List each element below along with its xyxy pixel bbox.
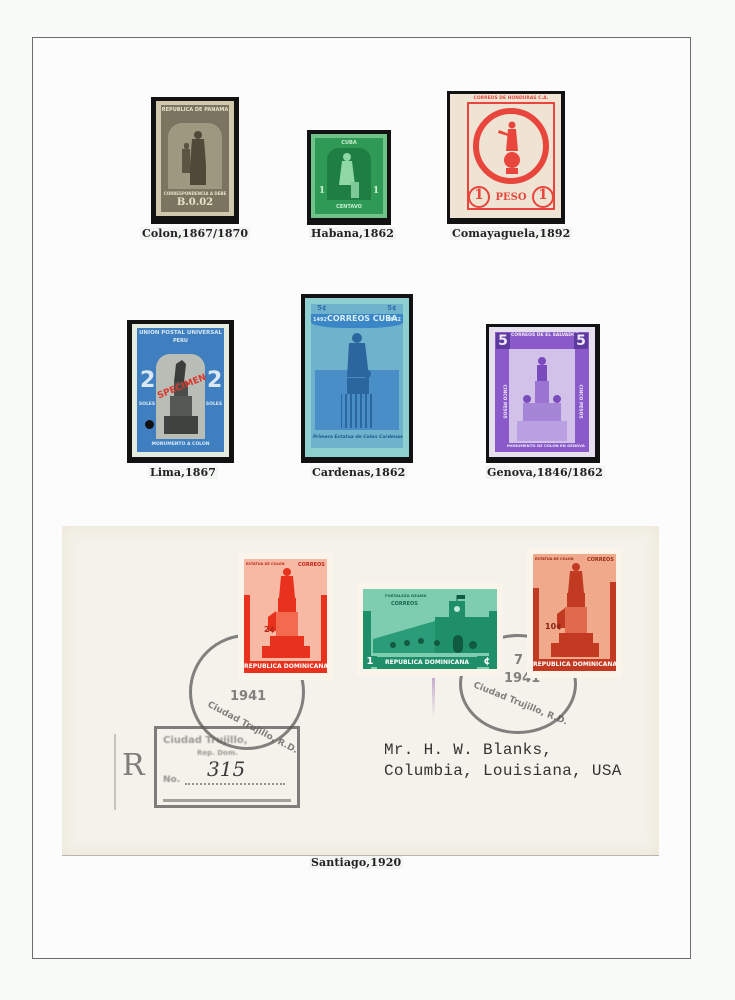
stamp-genova-value-left: 5 [496,333,510,349]
registration-dotted-line [185,783,285,785]
stamp-habana-country: CUBA [315,140,383,146]
cover-stamp-1c-value: 1 [363,656,377,667]
address-line-1: Mr. H. W. Blanks, [384,740,622,761]
cover-stamp-1c[interactable]: FORTALEZA OZAMA CORREOS 1 REPUBLICA DOMI… [357,583,503,676]
fortress-building-icon [373,595,489,655]
caption-colon: Colon,1867/1870 [140,227,250,240]
stamp-comayaguela-country: CORREOS DE HONDURAS C.A. [467,96,555,101]
stamp-comayaguela-subtext: PESO [490,192,532,203]
stamp-comayaguela-value-left: 1 [468,187,490,203]
stamp-comayaguela-value-right: 1 [532,187,554,203]
punch-hole [145,420,154,429]
stamp-genova-subtext-right: CINCO PESOS [578,385,583,407]
postmark-right-ring-text: Ciudad Trujillo, R.D. [472,681,569,728]
stamp-lima-subtext-right: SOLES [205,402,223,407]
stamp-lima-country: UNION POSTAL UNIVERSAL [137,330,224,336]
cover-stamp-10c-title: ESTATUA DE COLON [535,557,574,561]
stamp-panama-country: REPUBLICA DE PANAMA [161,107,229,113]
caption-genova: Genova,1846/1862 [485,466,605,479]
stamp-genova-country: CORREOS DE EL SALVADOR [511,333,573,338]
postmark-left-year: 1941 [230,689,266,704]
stamp-cardenas-value-right: 5¢ [383,304,401,312]
stamp-lima-subcountry: PERU [137,338,224,344]
cover-stamp-2c-title: ESTATUA DE COLON [246,562,285,566]
caption-santiago: Santiago,1920 [309,856,403,869]
cover-stamp-2c-country: REPUBLICA DOMINICANA [244,661,327,673]
caption-cardenas: Cardenas,1862 [310,466,407,479]
registration-line2: Rep. Dom. [197,749,238,757]
columbus-monument-icon [549,562,601,658]
cover-stamp-2c-value: 2¢ [264,625,275,634]
stamp-lima[interactable]: UNION POSTAL UNIVERSAL PERU 2 2 SOLES SO… [132,324,229,457]
registration-box: Ciudad Trujillo, Rep. Dom. No. 315 [154,726,300,808]
stamp-habana-value-left: 1 [317,186,327,196]
columbus-statue-icon [178,129,212,187]
stamp-habana-subtext: CENTAVO [315,204,383,210]
frame-bar [610,582,616,671]
stamp-genova-subtext-left: CINCO PESOS [502,385,507,407]
columbus-statue-icon [341,332,375,430]
cover-stamp-10c-country: REPUBLICA DOMINICANA [533,659,616,671]
stamp-cardenas-value-left: 5¢ [313,304,331,312]
cover-stamp-2c[interactable]: ESTATUA DE COLON CORREOS 2¢ REPUBLICA DO… [238,553,333,680]
registration-no-label: No. [163,775,180,785]
stamp-cardenas-footer: Primera Estatua de Colon Cardenas [313,435,401,440]
cover-stamp-10c-value: 10¢ [545,622,562,631]
cover-stamp-10c[interactable]: ESTATUA DE COLON CORREOS 10¢ REPUBLICA D… [527,548,622,678]
cover-stamp-1c-cent: ¢ [477,656,497,667]
caption-habana: Habana,1862 [309,227,396,240]
caption-lima: Lima,1867 [148,466,218,479]
stamp-habana-value-right: 1 [371,186,381,196]
stamp-panama-value: B.0.02 [161,197,229,208]
violet-ink-mark [432,678,435,718]
stamp-lima-value-left: 2 [140,368,154,393]
stamp-lima-footer: MONUMENTO A COLON [137,442,224,447]
stamp-cardenas[interactable]: CORREOS CUBA 1492 1942 5¢ 5¢ Primera Est… [305,298,409,457]
cover-stamp-1c-country: REPUBLICA DOMINICANA [377,657,477,669]
stamp-genova-value-right: 5 [574,333,588,349]
registration-number: 315 [207,757,245,781]
stamp-lima-subtext-left: SOLES [138,402,156,407]
stamp-genova[interactable]: CORREOS DE EL SALVADOR 5 5 CINCO PESOS C… [489,327,595,457]
reg-left-line [114,734,116,810]
stamp-cardenas-year-left: 1492 [312,317,328,323]
stamp-panama-subtext: CORRESPONDENCIA A DEBE [161,191,229,196]
registration-letter: R [122,748,145,783]
stamp-habana[interactable]: CUBA 1 1 CENTAVO [311,134,387,218]
stamp-genova-footer: MONUMENTO DE COLON EN GENOVA [507,443,577,448]
registration-mark: R Ciudad Trujillo, Rep. Dom. No. 315 [114,726,304,810]
columbus-statue-icon [496,120,526,176]
postal-cover[interactable]: 1941 Ciudad Trujillo, R.D. 7 1941 Ciudad… [62,526,659,856]
address-line-2: Columbia, Louisiana, USA [384,761,622,782]
stamp-panama[interactable]: REPUBLICA DE PANAMA CORRESPONDENCIA A DE… [156,101,234,216]
monument-icon [517,355,567,443]
columbus-monument-icon [260,567,312,659]
registration-line1: Ciudad Trujillo, [163,735,248,746]
postmark-right-day: 7 [514,653,523,668]
caption-comayaguela: Comayaguela,1892 [450,227,572,240]
columbus-statue-icon [337,152,361,200]
stamp-cardenas-year-right: 1942 [386,317,402,323]
recipient-address: Mr. H. W. Blanks, Columbia, Louisiana, U… [384,740,622,782]
registration-underline [163,799,291,802]
stamp-comayaguela[interactable]: CORREOS DE HONDURAS C.A. 1 1 PESO [450,94,561,218]
stamp-cardenas-country: CORREOS CUBA [327,314,387,323]
